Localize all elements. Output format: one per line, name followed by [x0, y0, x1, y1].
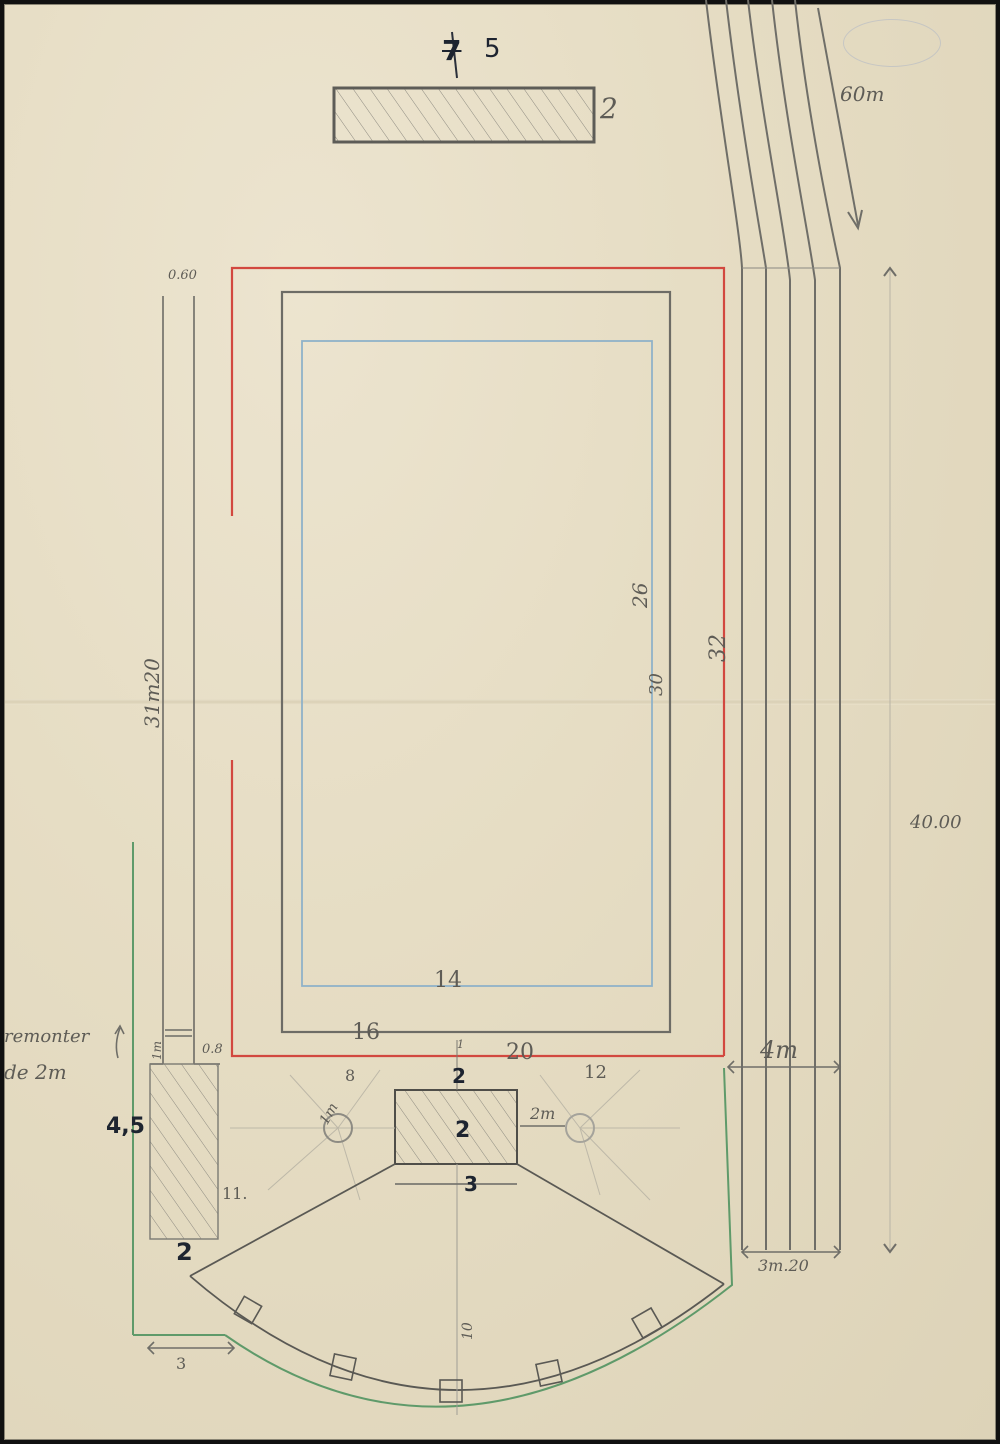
center-block-width-label: 3: [464, 1172, 478, 1196]
blue-field: [302, 341, 652, 986]
lanes-width-top-label: 4m: [760, 1036, 798, 1064]
left-block-width-label: 2: [176, 1238, 193, 1266]
note-remonter: remonter: [4, 1026, 89, 1047]
inner-blue-length-label: 26: [628, 583, 652, 608]
top-number: 5: [484, 34, 501, 64]
note-de-2m: de 2m: [4, 1060, 67, 1084]
total-length-label: 40.00: [910, 812, 962, 833]
blue-width-label: 14: [434, 968, 462, 993]
lanes-length-label: 60m: [840, 82, 884, 106]
top-hatched-block: [334, 88, 594, 142]
gap-small-label: 1: [457, 1038, 464, 1051]
top-struck-number: 7: [442, 34, 461, 67]
left-hatched-block: [150, 1064, 218, 1239]
gray-width-label: 16: [352, 1020, 380, 1045]
top-block-height-label: 2: [600, 92, 618, 125]
lanes-width-bottom-label: 3m.20: [758, 1256, 809, 1275]
left-spacing-label: 8: [345, 1066, 355, 1085]
red-boundary: [232, 268, 724, 1056]
radius-label: 10: [460, 1322, 476, 1340]
right-spacing-label: 12: [584, 1062, 607, 1083]
left-aisle-width-label: 0.60: [168, 268, 197, 283]
red-length-label: 32: [706, 634, 731, 662]
left-step-offset-label: 0.8: [202, 1042, 223, 1057]
right-column-distance-label: 2m: [530, 1104, 555, 1123]
center-block-depth-label: 2: [455, 1118, 470, 1143]
left-block-value-label: 4,5: [106, 1114, 145, 1139]
bottom-left-width-label: 3: [176, 1354, 186, 1373]
left-step-height-label: 1m: [150, 1041, 164, 1060]
gap-to-block-label: 2: [452, 1064, 466, 1088]
left-block-length-label: 11.: [222, 1184, 247, 1203]
gray-length-label: 30: [646, 673, 667, 696]
red-width-label: 20: [506, 1040, 534, 1065]
left-aisle-length-label: 31m20: [140, 658, 164, 728]
gray-rectangle: [282, 292, 670, 1032]
